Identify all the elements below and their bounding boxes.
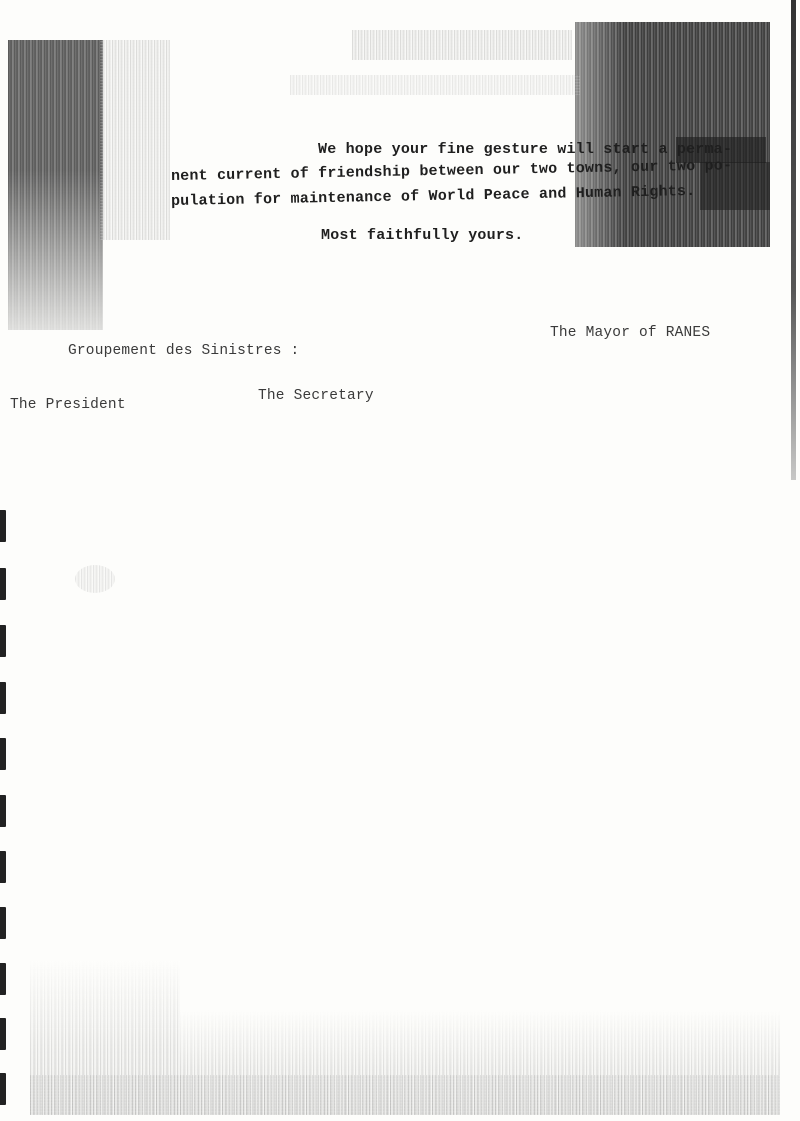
- letter-line-1: We hope your fine gesture will start a p…: [318, 141, 732, 158]
- scan-artifact-top-strip: [290, 75, 580, 95]
- binding-hole-mark: [0, 851, 6, 883]
- scan-artifact-top-left: [8, 40, 103, 330]
- binding-hole-mark: [0, 963, 6, 995]
- page-edge-line: [791, 0, 796, 480]
- scan-artifact-top-right: [575, 22, 770, 247]
- signature-secretary: The Secretary: [258, 388, 374, 404]
- signature-group: Groupement des Sinistres :: [68, 343, 299, 359]
- binding-hole-mark: [0, 738, 6, 770]
- scan-smudge: [75, 565, 115, 593]
- binding-hole-mark: [0, 1018, 6, 1050]
- binding-hole-mark: [0, 682, 6, 714]
- binding-hole-mark: [0, 568, 6, 600]
- scan-artifact-top-left-fade: [100, 40, 170, 240]
- letter-closing: Most faithfully yours.: [321, 227, 523, 244]
- binding-hole-mark: [0, 907, 6, 939]
- binding-hole-mark: [0, 1073, 6, 1105]
- binding-hole-mark: [0, 795, 6, 827]
- scanned-letter-page: We hope your fine gesture will start a p…: [0, 0, 800, 1121]
- signature-mayor: The Mayor of RANES: [550, 325, 710, 341]
- scan-artifact-top-center: [352, 30, 572, 60]
- signature-president: The President: [10, 397, 126, 413]
- scan-artifact-bottom-strip: [30, 1075, 780, 1115]
- binding-hole-mark: [0, 510, 6, 542]
- binding-hole-mark: [0, 625, 6, 657]
